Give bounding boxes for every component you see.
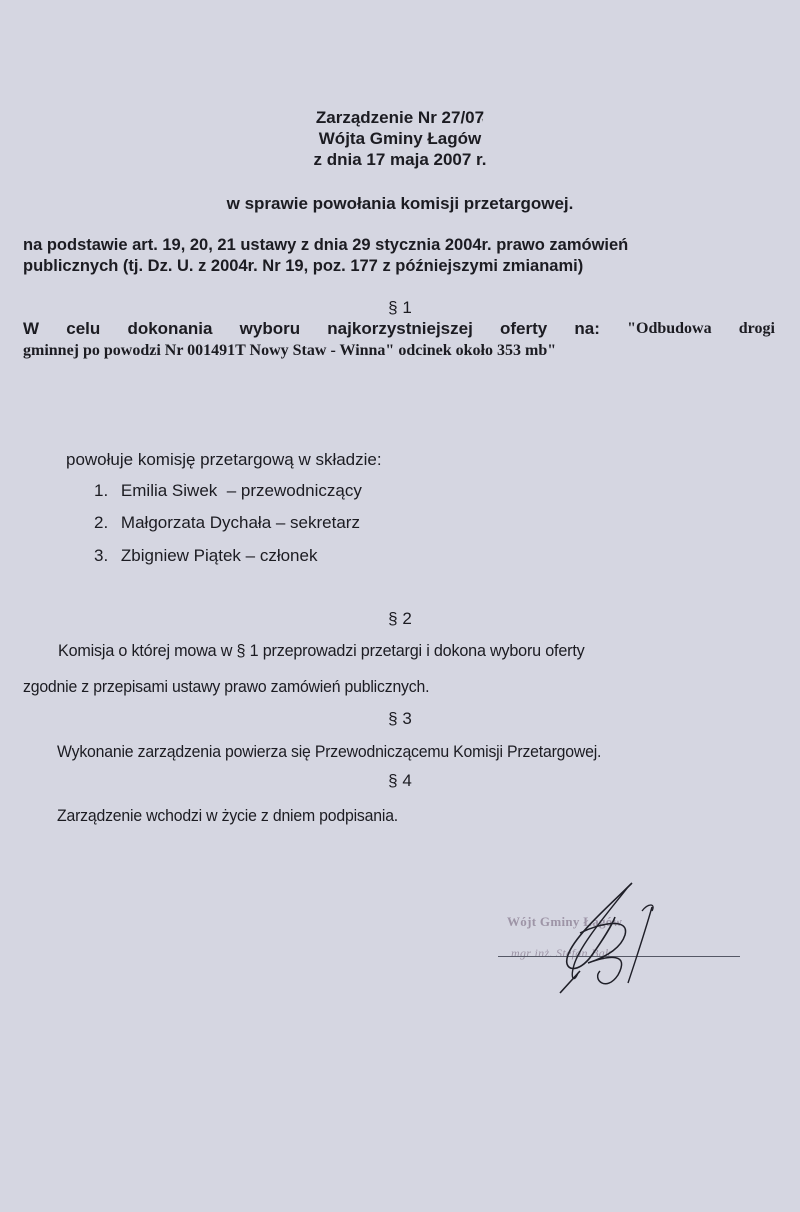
issuer: Wójta Gminy Łagów — [0, 128, 800, 149]
section-1-mark: § 1 — [0, 298, 800, 318]
section-1-word: dokonania — [127, 318, 212, 340]
section-2-line-1-text: Komisja o której mowa w § 1 przeprowadzi… — [58, 640, 800, 662]
member-text: Zbigniew Piątek – członek — [121, 546, 318, 565]
section-1-word: "Odbudowa — [627, 318, 711, 340]
member-number: 2. — [94, 513, 108, 532]
member-list-item: 1. Emilia Siwek – przewodniczący — [94, 481, 362, 501]
member-text: Emilia Siwek – przewodniczący — [121, 481, 362, 500]
section-1-word: najkorzystniejszej — [327, 318, 473, 340]
section-1-word: W — [23, 318, 39, 340]
section-2-line-2-text: zgodnie z przepisami ustawy prawo zamówi… — [23, 676, 767, 698]
section-3-text: Wykonanie zarządzenia powierza się Przew… — [57, 741, 800, 763]
member-list-item: 3. Zbigniew Piątek – członek — [94, 546, 317, 566]
member-text: Małgorzata Dychała – sekretarz — [121, 513, 360, 532]
section-1-word: oferty — [500, 318, 547, 340]
member-number: 3. — [94, 546, 108, 565]
section-1-word: wyboru — [240, 318, 300, 340]
section-1-line-2: gminnej po powodzi Nr 001491T Nowy Staw … — [23, 340, 775, 362]
decree-date: z dnia 17 maja 2007 r. — [0, 149, 800, 170]
scan-mark: , — [481, 112, 484, 123]
section-3-text-content: Wykonanie zarządzenia powierza się Przew… — [57, 741, 800, 763]
member-list-item: 2. Małgorzata Dychała – sekretarz — [94, 513, 360, 533]
section-1-word: celu — [66, 318, 100, 340]
section-4-text-content: Zarządzenie wchodzi w życie z dniem podp… — [57, 805, 800, 827]
section-4-text: Zarządzenie wchodzi w życie z dniem podp… — [57, 805, 800, 827]
committee-intro: powołuje komisję przetargową w składzie: — [66, 450, 382, 470]
section-1-line-1: Wceludokonaniawyborunajkorzystniejszejof… — [23, 318, 775, 340]
section-4-mark: § 4 — [0, 771, 800, 791]
section-1-word: na: — [574, 318, 600, 340]
handwritten-signature — [540, 875, 680, 995]
section-1-word: drogi — [739, 318, 775, 340]
legal-basis-line-1: na podstawie art. 19, 20, 21 ustawy z dn… — [23, 235, 793, 256]
section-2-line-1: Komisja o której mowa w § 1 przeprowadzi… — [58, 640, 800, 662]
section-3-mark: § 3 — [0, 709, 800, 729]
section-2-line-2: zgodnie z przepisami ustawy prawo zamówi… — [23, 676, 800, 698]
legal-basis-line-2: publicznych (tj. Dz. U. z 2004r. Nr 19, … — [23, 256, 793, 277]
decree-number: Zarządzenie Nr 27/07 — [0, 107, 800, 128]
member-number: 1. — [94, 481, 108, 500]
decree-subject: w sprawie powołania komisji przetargowej… — [0, 193, 800, 214]
section-2-mark: § 2 — [0, 609, 800, 629]
section-1-text: Wceludokonaniawyborunajkorzystniejszejof… — [23, 318, 775, 362]
